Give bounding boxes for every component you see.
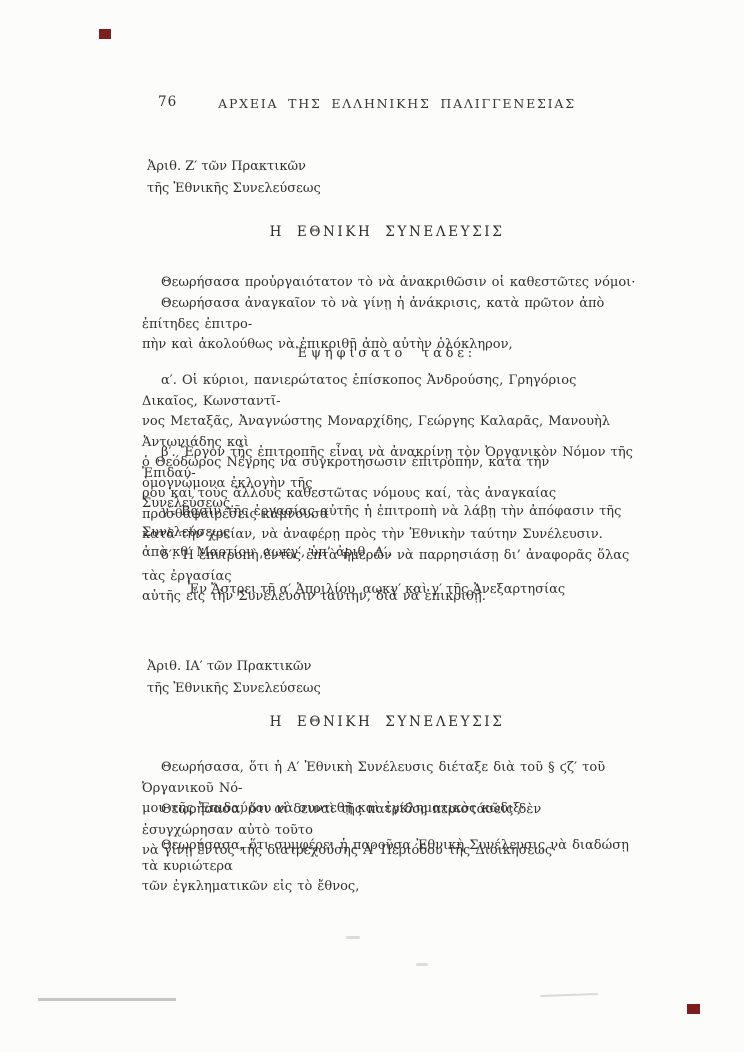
minutes-number-heading: Ἀριθ. ΙΑ′ τῶν Πρακτικῶν τῆς Ἐθνικῆς Συνε… [147, 656, 321, 700]
preamble-paragraph: Θεωρήσασα, ὅτι συμφέρει ἡ παροῦσα Ἐθνικὴ… [142, 836, 636, 898]
preamble-paragraph: Θεωρήσασα προὐργαιότατον τὸ νὰ ἀνακριθῶσ… [142, 273, 636, 294]
vote-heading: Ἐψηφίσατο τάδε: [142, 346, 630, 361]
scan-rule-bottom-left [38, 998, 176, 1001]
minutes-number-heading: Ἀριθ. Ζ′ τῶν Πρακτικῶν τῆς Ἐθνικῆς Συνελ… [147, 156, 321, 200]
dateline: Ἐν Ἄστρει τῇ α′ Ἀπριλίου ͵αωκγ′ καὶ γ′ τ… [188, 582, 565, 597]
scan-smudge [346, 936, 360, 939]
scan-mark-bottom-right [687, 1004, 700, 1014]
scan-smudge [540, 993, 598, 997]
scan-smudge [416, 963, 428, 966]
running-title: ΑΡΧΕΙΑ ΤΗΣ ΕΛΛΗΝΙΚΗΣ ΠΑΛΙΓΓΕΝΕΣΙΑΣ [25, 96, 744, 111]
section-title: Η ΕΘΝΙΚΗ ΣΥΝΕΛΕΥΣΙΣ [142, 714, 632, 730]
scan-mark-top-left [99, 29, 111, 39]
scanned-book-page: 76 ΑΡΧΕΙΑ ΤΗΣ ΕΛΛΗΝΙΚΗΣ ΠΑΛΙΓΓΕΝΕΣΙΑΣ Ἀρ… [0, 0, 744, 1052]
minutes-number-line: Ἀριθ. ΙΑ′ τῶν Πρακτικῶν [147, 659, 311, 674]
assembly-line: τῆς Ἐθνικῆς Συνελεύσεως [147, 681, 321, 696]
article-delta: δ′. Ἡ ἐπιτροπὴ ἐντὸς ἑπτὰ ἡμερῶν νὰ παρρ… [142, 546, 636, 608]
minutes-number-line: Ἀριθ. Ζ′ τῶν Πρακτικῶν [147, 159, 306, 174]
section-title: Η ΕΘΝΙΚΗ ΣΥΝΕΛΕΥΣΙΣ [142, 224, 632, 240]
assembly-line: τῆς Ἐθνικῆς Συνελεύσεως [147, 181, 321, 196]
